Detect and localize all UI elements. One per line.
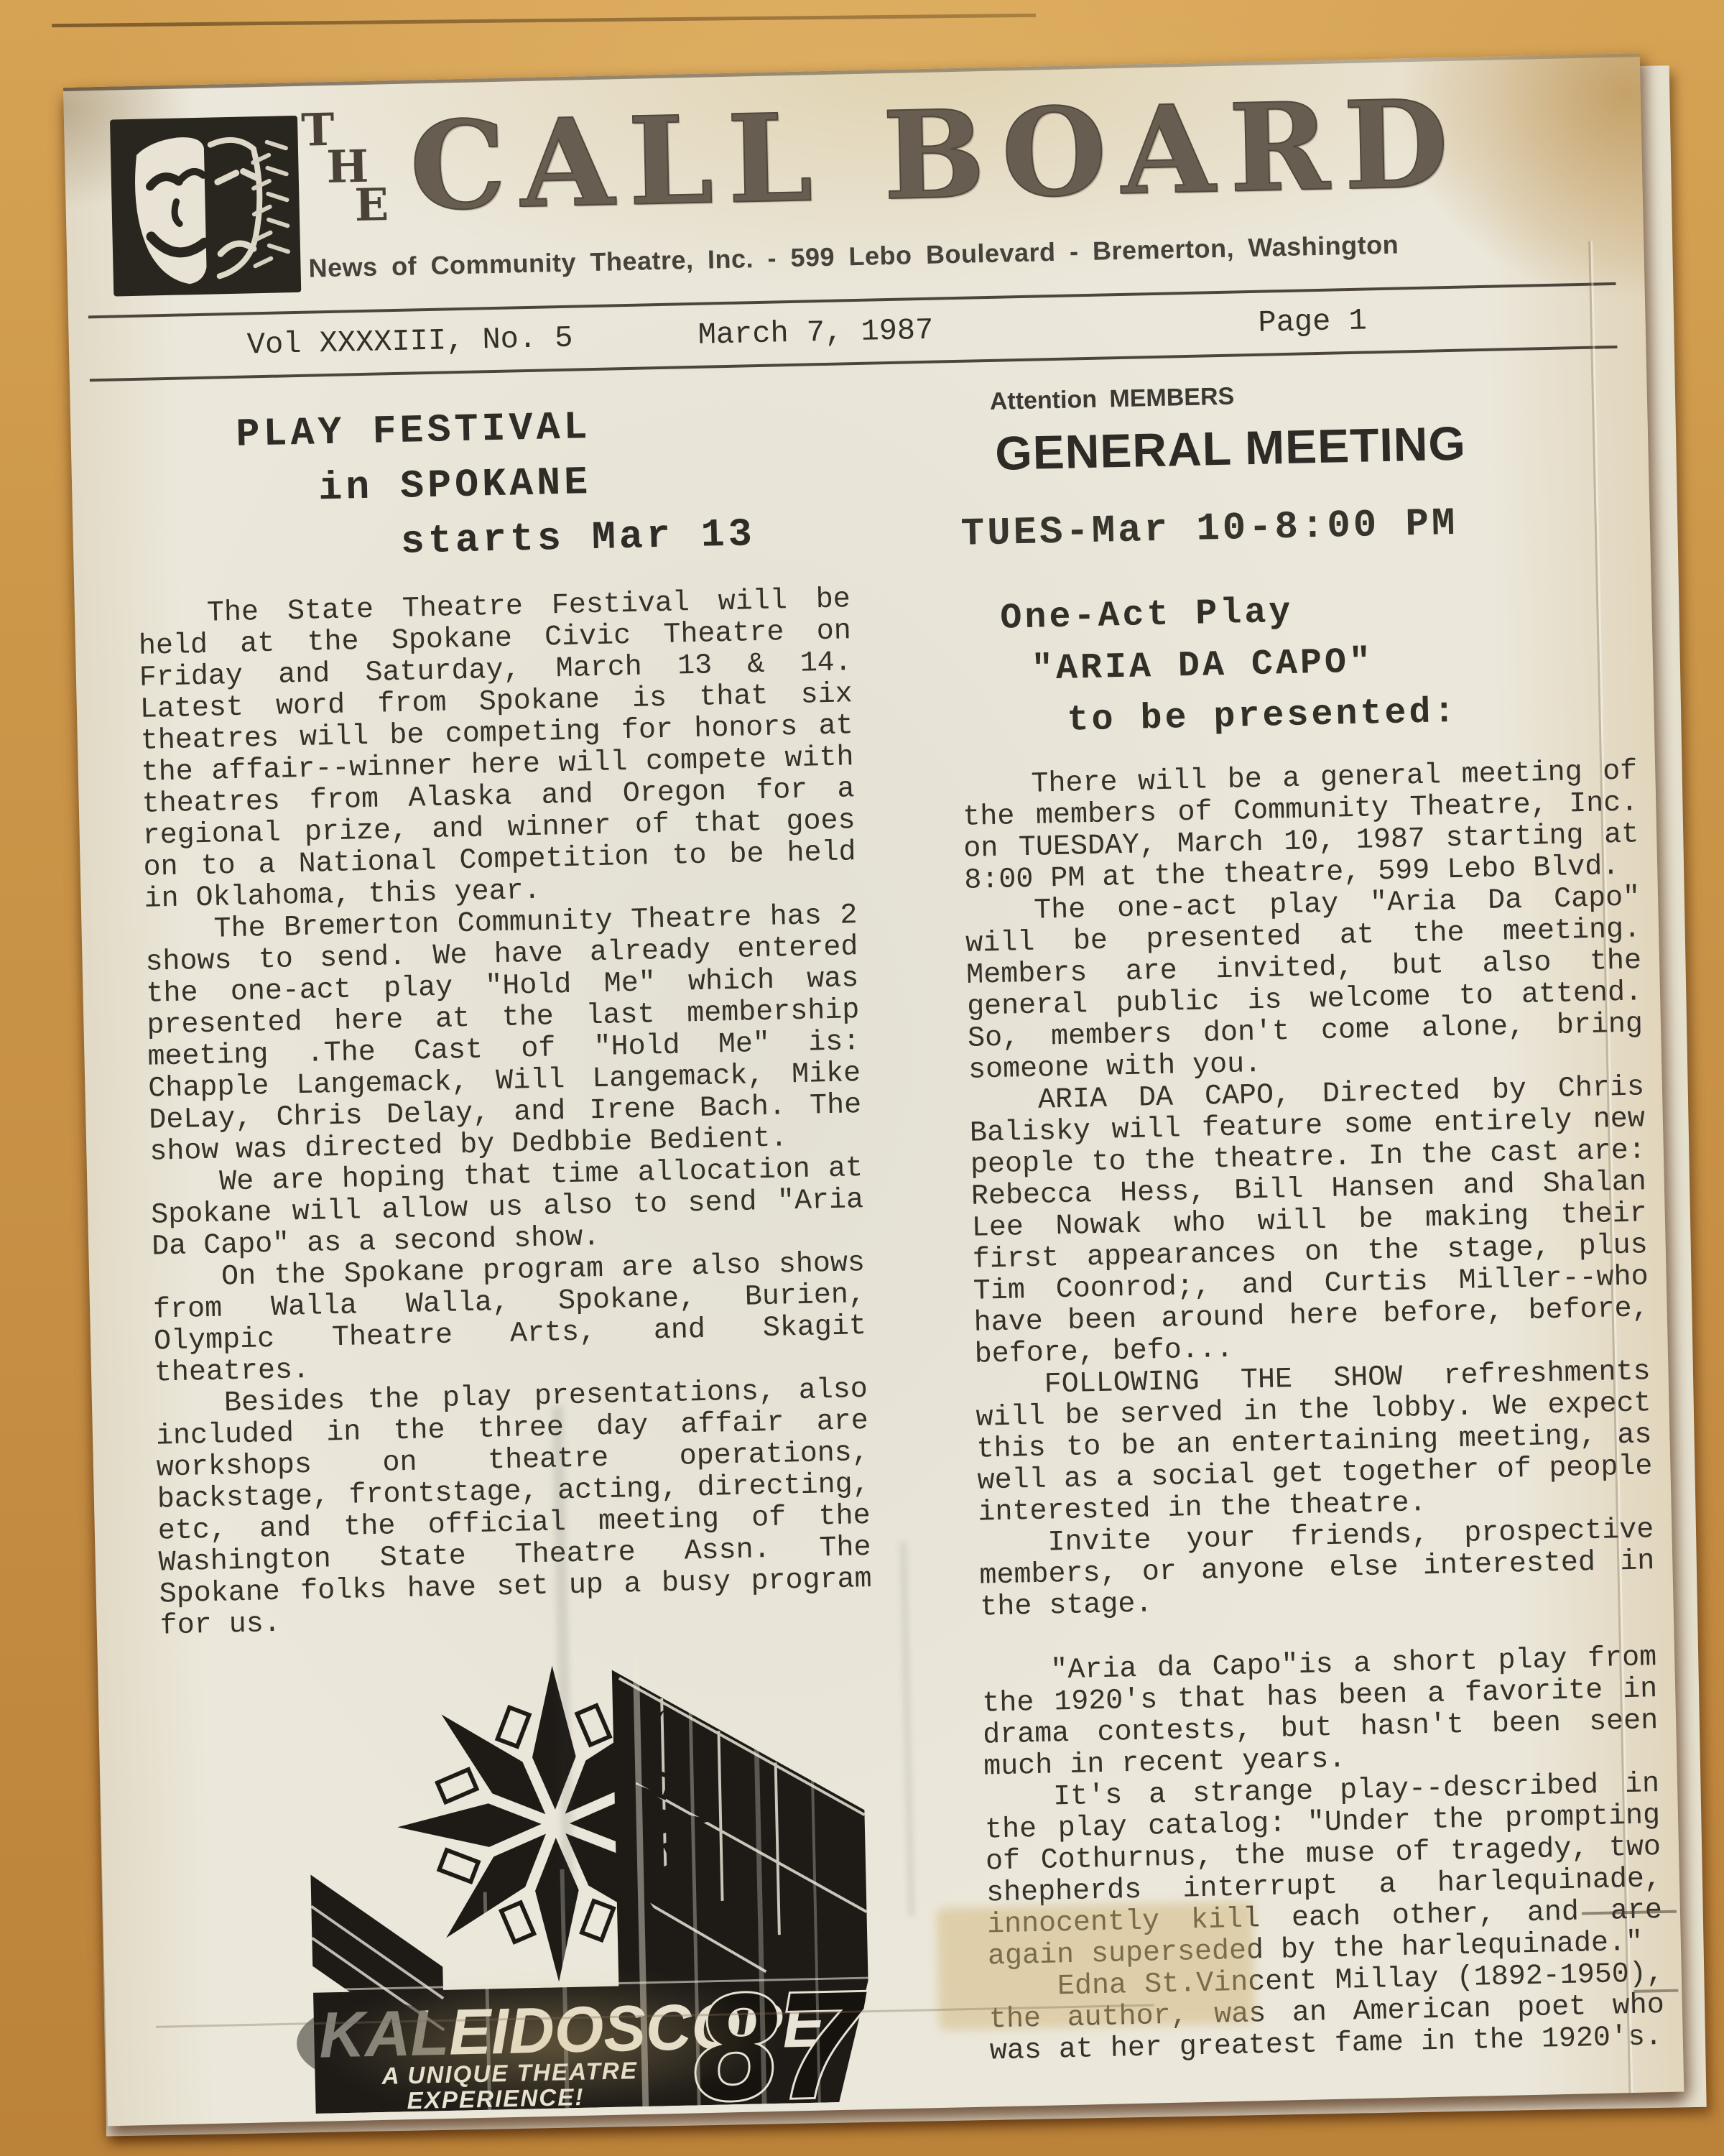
article-paragraph: Invite your friends, prospective members…: [978, 1514, 1656, 1624]
play-festival-headline: PLAY FESTIVAL in SPOKANE starts Mar 13: [134, 394, 850, 575]
masthead: T H E CALL BOARD News of Community Theat…: [63, 53, 1644, 316]
article-paragraph: ARIA DA CAPO, Directed by Chris Balisky …: [969, 1072, 1650, 1371]
article-paragraph: "Aria da Capo"is a short play from the 1…: [981, 1642, 1659, 1783]
attention-members-kicker: Attention MEMBERS: [989, 374, 1629, 416]
general-meeting-headline: GENERAL MEETING: [995, 412, 1631, 481]
photo-of-newsletter-on-board: { "masthead": { "logo_icon": "comedy-tra…: [0, 0, 1724, 2156]
article-general-meeting: Attention MEMBERS GENERAL MEETING TUES-M…: [953, 358, 1666, 2099]
masthead-title: CALL BOARD: [409, 79, 1464, 231]
article-paragraph: We are hoping that time allocation at Sp…: [150, 1153, 865, 1264]
issue-date: March 7, 1987: [698, 313, 934, 353]
masthead-the: T H E: [301, 102, 412, 255]
board-edge-line: [52, 14, 1036, 27]
article-paragraph: FOLLOWING THE SHOW refreshments will be …: [975, 1356, 1654, 1529]
article-paragraph: The one-act play "Aria Da Capo" will be …: [965, 882, 1644, 1086]
article-columns: PLAY FESTIVAL in SPOKANE starts Mar 13 T…: [70, 358, 1684, 2118]
newsletter-page: T H E CALL BOARD News of Community Theat…: [63, 53, 1684, 2126]
article-paragraph: There will be a general meeting of the m…: [962, 756, 1640, 897]
volume-number: Vol XXXXIII, No. 5: [246, 321, 573, 363]
meeting-datetime: TUES-Mar 10-8:00 PM: [960, 499, 1632, 557]
page-number: Page 1: [1258, 303, 1367, 340]
article-paragraph: Besides the play presentations, also inc…: [155, 1374, 873, 1643]
article-play-festival: PLAY FESTIVAL in SPOKANE starts Mar 13 T…: [133, 375, 883, 2116]
the-letter: E: [354, 182, 389, 228]
one-act-play-headline: One-Act Play "ARIA DA CAPO" to be presen…: [958, 579, 1636, 749]
article-paragraph: The State Theatre Festival will be held …: [138, 584, 857, 916]
masthead-title-row: T H E CALL BOARD: [301, 79, 1465, 255]
article-paragraph: On the Spokane program are also shows fr…: [152, 1248, 868, 1390]
tape-stain: [937, 1901, 1256, 2030]
bottom-stain: [320, 1969, 783, 2116]
article-paragraph: The Bremerton Community Theatre has 2 sh…: [144, 900, 862, 1169]
comedy-tragedy-masks-icon: [108, 114, 302, 298]
